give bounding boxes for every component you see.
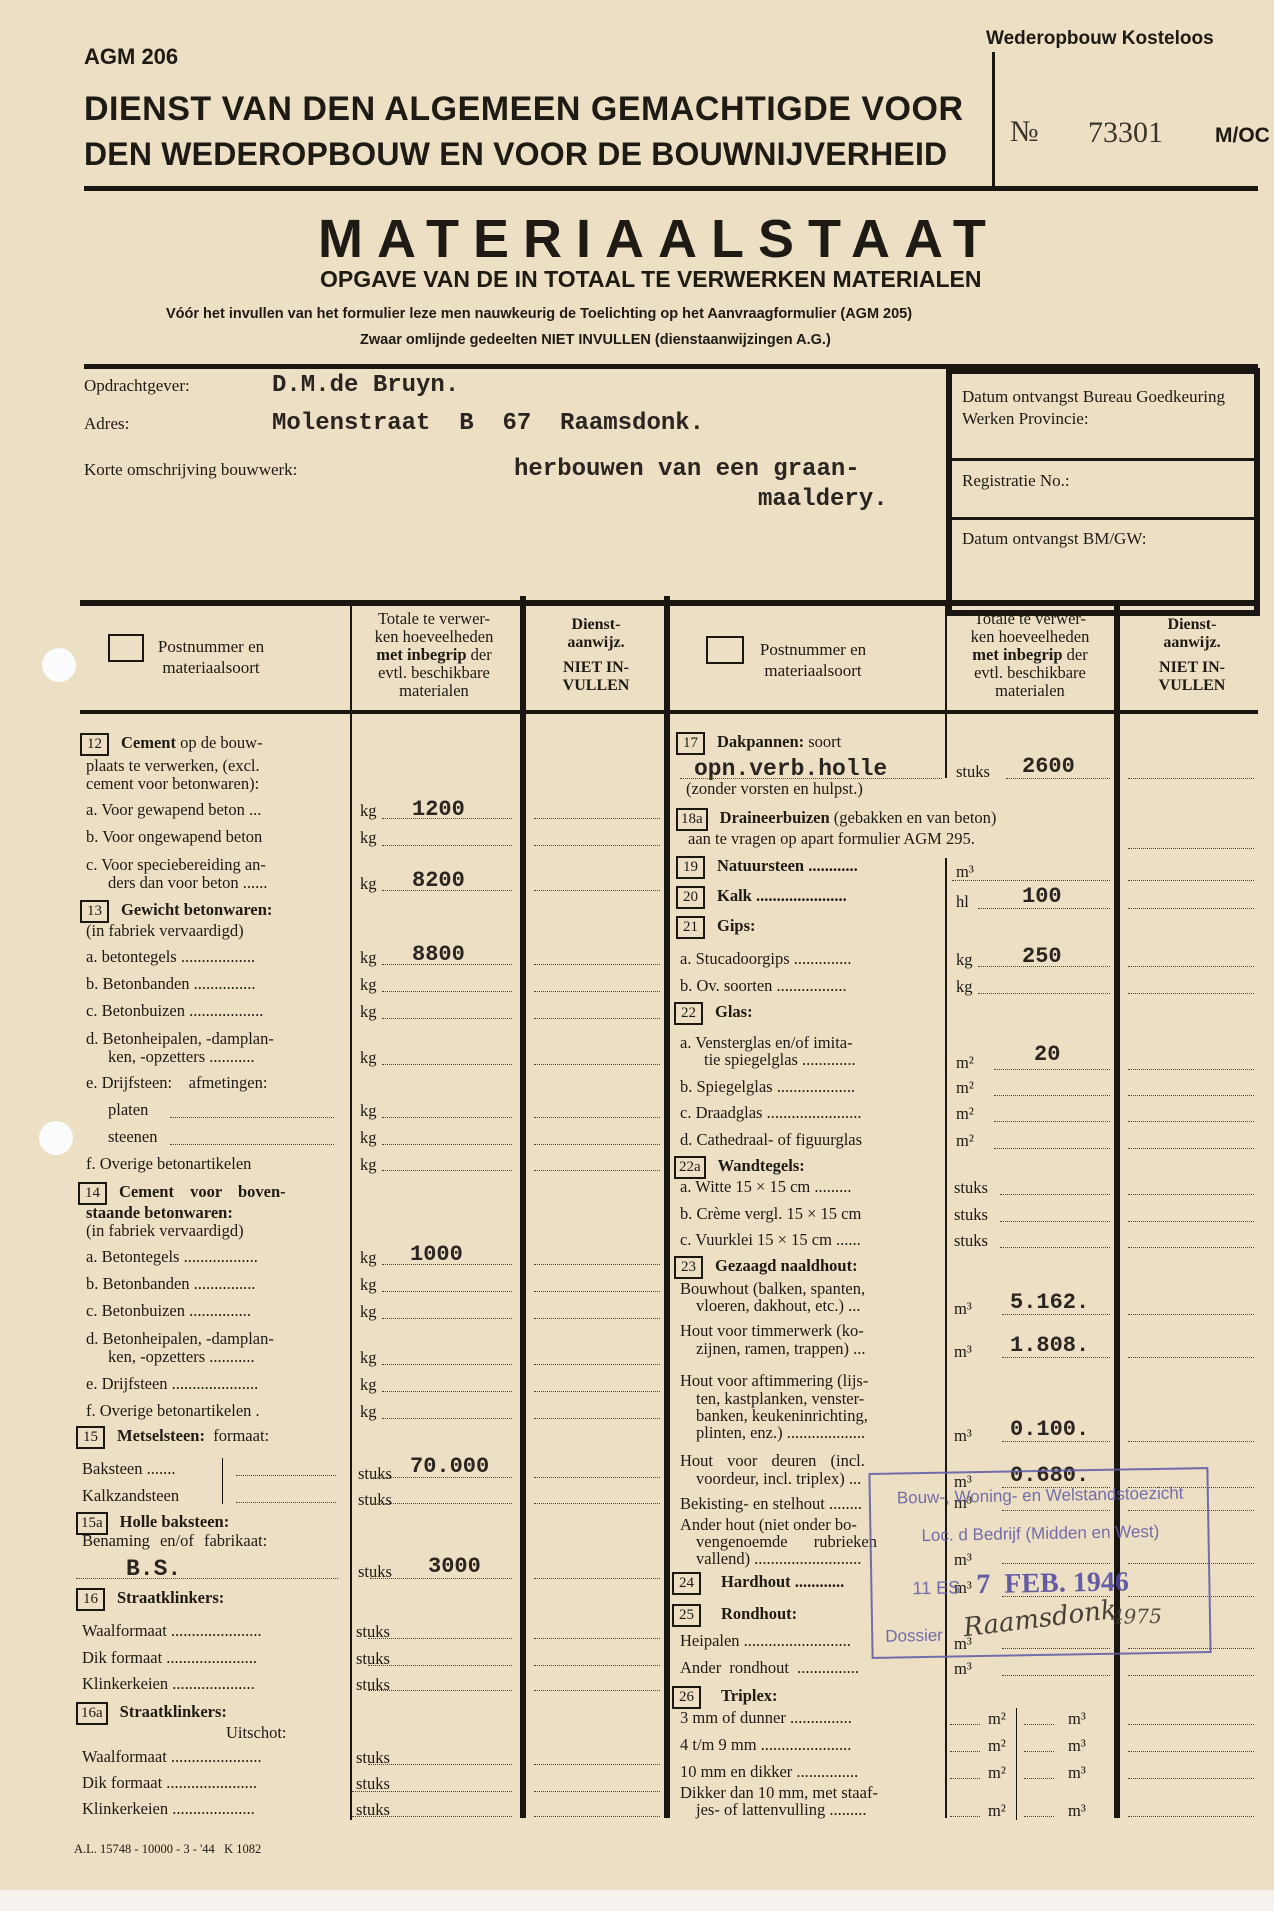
entry-line-m3 [1024,1816,1054,1817]
section-25-heading: 25Rondhout: [672,1604,797,1627]
page-title: MATERIAALSTAAT [318,208,1000,270]
entry-line-m2 [950,1751,980,1752]
header-text: NIET IN- [563,659,629,676]
entry-line [382,1144,512,1145]
quantity-value[interactable]: 100 [1022,884,1062,909]
dienst-entry-line [534,1503,660,1504]
section-15-heading: 15Metselsteen: formaat: [76,1426,269,1449]
section-26-heading: 26Triplex: [672,1686,778,1709]
dienst-entry-line [534,1665,660,1666]
fabrikaat-line [76,1578,338,1579]
dimension-line [170,1144,334,1145]
dimension-line [170,1117,334,1118]
dienst-entry-line [534,1816,660,1817]
stamp-line-2: Loc. d Bedrijf (Midden en West) [921,1522,1159,1546]
entry-line [352,1816,512,1817]
dienst-entry-line [534,1364,660,1365]
dienst-entry-line [534,1264,660,1265]
dienst-entry-line [534,1018,660,1019]
page-subtitle: OPGAVE VAN DE IN TOTAAL TE VERWERKEN MAT… [320,266,982,293]
item-label: Kalk ...................... [717,886,847,905]
header-text: aanwijz. [567,634,624,651]
item-label: d. Cathedraal- of figuurglas [680,1131,862,1149]
entry-line [368,1665,512,1666]
entry-line [994,1069,1110,1070]
item-label: f. Overige betonartikelen . [86,1402,260,1420]
section-title: Glas: [715,1002,753,1021]
section-title: Rondhout: [721,1604,797,1623]
entry-line [382,1391,512,1392]
form-number: 73301 [1088,116,1163,150]
entry-line [978,993,1110,994]
dienst-entry-line [1128,1724,1254,1725]
section-18a-heading: 18aDraineerbuizen (gebakken en van beton… [676,808,996,831]
item-label: ken, -opzetters ........... [108,1348,255,1366]
item-unit-m2: m² [988,1709,1006,1729]
item-unit-m2: m² [988,1763,1006,1783]
header-text: materialen [995,681,1065,700]
entry-line-m3 [1024,1751,1054,1752]
section-title-continued: staande betonwaren: [86,1204,233,1222]
dienst-entry-line [534,1117,660,1118]
entry-line [382,1018,512,1019]
entry-line [994,1095,1110,1096]
item-label: 10 mm en dikker ............... [680,1763,858,1781]
post-number-box: 23 [674,1256,703,1279]
dienst-entry-line [1128,993,1254,994]
post-number-box: 25 [672,1604,701,1627]
registration-label: Registratie No.: [962,471,1070,491]
entry-line [1000,1194,1110,1195]
item-unit: kg [360,1348,377,1368]
item-unit: m² [956,1078,974,1098]
entry-line [382,1364,512,1365]
dienst-entry-line [534,964,660,965]
dienst-entry-line [1128,778,1254,779]
dienst-entry-line [1128,1069,1254,1070]
stamp-dossier-label: Dossier [885,1626,943,1647]
section-desc: Benaming en/of fabrikaat: [82,1532,267,1550]
header-text: der [1063,645,1088,664]
item-unit: hl [956,892,969,912]
entry-line [1000,1221,1110,1222]
agency-line-1: DIENST VAN DEN ALGEMEEN GEMACHTIGDE VOOR [84,90,964,129]
item-unit-m3: m³ [1068,1736,1086,1756]
item-unit: stuks [954,1178,988,1198]
dienst-entry-line [534,1291,660,1292]
item-unit: kg [360,975,377,995]
header-text: VULLEN [563,677,630,694]
office-box-divider-1 [952,458,1254,461]
item-unit: m² [956,1104,974,1124]
item-label: Dik formaat ...................... [82,1774,257,1792]
item-label: b. Crème vergl. 15 × 15 cm [680,1205,861,1223]
item-unit: kg [360,1402,377,1422]
item-unit: stuks [356,1800,390,1820]
col-header-dienst-left: Dienst- aanwijz. NIET IN- VULLEN [528,616,664,695]
section-desc: (in fabriek vervaardigd) [86,1222,244,1240]
header-text: evtl. beschikbare [378,663,490,682]
header-text: Dienst- [572,616,621,633]
item-unit: kg [360,1101,377,1121]
entry-line [382,845,512,846]
number-suffix: M/OC [1215,124,1270,148]
item-unit-m2: m² [988,1736,1006,1756]
header-divider [992,52,995,190]
item-label: a. Stucadoorgips .............. [680,950,852,968]
dienst-entry-line [1128,1148,1254,1149]
client-value[interactable]: D.M.de Bruyn. [272,372,459,399]
item-label: Bekisting- en stelhout ........ [680,1495,862,1513]
item-unit: stuks [358,1464,392,1484]
col-divider-right-1c [945,858,947,1818]
item-unit: m² [956,1053,974,1073]
item-unit: m³ [954,1342,972,1362]
item-unit: stuks [356,1649,390,1669]
section-title: Gips: [717,916,756,935]
item-label: ken, -opzetters ........... [108,1048,255,1066]
item-unit: stuks [954,1231,988,1251]
section-title: Triplex: [721,1686,778,1705]
dienst-entry-line [534,1064,660,1065]
post-number-box: 20 [676,886,705,909]
item-label: c. Voor speciebereiding an- [86,856,266,874]
item-label: Ander rondhout ............... [680,1659,859,1677]
item-label: steenen [108,1128,157,1146]
section-title-rest: op de bouw- [176,733,263,752]
entry-line [368,1764,512,1765]
section-desc: (in fabriek vervaardigd) [86,922,244,940]
item-unit: m³ [954,1299,972,1319]
col-divider-right-1 [945,600,947,716]
entry-line-m3 [1024,1724,1054,1725]
entry-line [352,1791,512,1792]
item-unit: stuks [358,1562,392,1582]
post-number-box: 16a [76,1702,108,1725]
item-unit: stuks [358,1490,392,1510]
section-22a-heading: 22aWandtegels: [674,1156,805,1179]
format-line [236,1502,336,1503]
header-text: Dienst- [1168,616,1217,633]
item-label: d. Betonheipalen, -damplan- [86,1330,274,1348]
quantity-value[interactable]: 20 [1034,1042,1060,1067]
post-number-box: 19 [676,856,705,879]
quantity-value[interactable]: 8200 [412,868,465,893]
entry-line [382,991,512,992]
item-unit: kg [360,801,377,821]
entry-line [1002,1675,1110,1676]
dienst-entry-line [1128,1314,1254,1315]
quantity-value[interactable]: 250 [1022,944,1062,969]
office-use-box: Datum ontvangst Bureau Goedkeuring Werke… [946,368,1260,616]
item-label: plinten, enz.) ................... [696,1424,865,1442]
entry-line [382,1117,512,1118]
header-rule [84,186,1258,191]
item-label: tie spiegelglas ............. [704,1051,856,1069]
item-label: b. Betonbanden ............... [86,1275,256,1293]
col-header-postnummer-left: Postnummer en materiaalsoort [146,636,276,678]
section-desc: (zonder vorsten en hulpst.) [686,780,863,798]
section-16-heading: 16Straatklinkers: [76,1588,224,1611]
item-unit: kg [360,1128,377,1148]
header-text-bold: met inbegrip [972,645,1062,664]
section-16a-heading: 16aStraatklinkers: [76,1702,227,1725]
item-label: Hout voor aftimmering (lijs- [680,1372,868,1390]
instruction-line-2: Zwaar omlijnde gedeelten NIET INVULLEN (… [360,332,831,348]
entry-line-m2 [950,1816,980,1817]
header-text: Totale te verwer- [974,609,1086,628]
quantity-value[interactable]: 2600 [1022,754,1075,779]
header-text: evtl. beschikbare [974,663,1086,682]
dienst-entry-line [534,1144,660,1145]
section-title: Draineerbuizen [720,808,830,827]
post-number-box: 24 [672,1572,701,1595]
item-label: Baksteen ....... [82,1460,175,1478]
description-line-2[interactable]: maaldery. [758,486,888,513]
item-unit: kg [360,1302,377,1322]
dienst-entry-line [1128,966,1254,967]
item-label: Hout voor timmerwerk (ko- [680,1322,864,1340]
item-unit: m² [956,1131,974,1151]
entry-line [952,880,1110,881]
section-title: Gezaagd naaldhout: [715,1256,858,1275]
col-divider-left-heavy-1 [520,596,526,1818]
post-number-box: 22 [674,1002,703,1025]
section-title: Holle baksteen: [120,1512,230,1531]
office-stamp: Bouw-, Woning- en Welstandstoezicht Loc.… [868,1467,1211,1659]
quantity-value[interactable]: 70.000 [410,1454,489,1479]
item-unit-m2: m² [988,1801,1006,1821]
dienst-entry-line [1128,1247,1254,1248]
item-label: 3 mm of dunner ............... [680,1709,852,1727]
entry-line [368,1638,512,1639]
triplex-subdivider [1016,1708,1017,1820]
dienst-entry-line [534,818,660,819]
item-unit: kg [360,1002,377,1022]
section-title: Cement [121,733,176,752]
top-right-label: Wederopbouw Kosteloos [986,28,1214,50]
item-unit: kg [956,977,973,997]
item-unit: kg [360,874,377,894]
quantity-value[interactable]: 1.808. [1010,1333,1089,1358]
section-title: Metselsteen: [117,1426,205,1445]
dienst-entry-line [1128,1357,1254,1358]
section-title: Cement voor boven- [119,1182,286,1201]
header-text: Totale te verwer- [378,609,490,628]
item-label: a. Witte 15 × 15 cm ......... [680,1178,851,1196]
header-text: ken hoeveelheden [375,627,494,646]
post-number-box: 16 [76,1588,105,1611]
item-label: e. Drijfsteen: afmetingen: [86,1074,267,1092]
quantity-value[interactable]: 1000 [410,1242,463,1267]
instruction-line-1: Vóór het invullen van het formulier leze… [166,306,912,322]
post-number-box: 15 [76,1426,105,1449]
dienst-entry-line [1128,1778,1254,1779]
quantity-value[interactable]: 1200 [412,797,465,822]
dienst-entry-line [534,1477,660,1478]
item-label: ders dan voor beton ...... [108,874,267,892]
dienst-entry-line [534,1578,660,1579]
item-label: d. Betonheipalen, -damplan- [86,1030,274,1048]
agency-line-2: DEN WEDEROPBOUW EN VOOR DE BOUWNIJVERHEI… [84,136,947,173]
section-24-heading: 24Hardhout ............ [672,1572,844,1595]
dienst-entry-line [1128,1441,1254,1442]
number-prefix: № [1010,115,1039,149]
post-number-box: 13 [80,900,109,923]
form-code: AGM 206 [84,44,178,70]
stamp-line-1: Bouw-, Woning- en Welstandstoezicht [897,1483,1184,1508]
address-value[interactable]: Molenstraat B 67 Raamsdonk. [272,410,704,437]
dienst-entry-line [534,1690,660,1691]
dienst-entry-line [534,1418,660,1419]
item-unit: m³ [954,1426,972,1446]
entry-line [1000,1247,1110,1248]
item-label: 4 t/m 9 mm ...................... [680,1736,851,1754]
post-number-box: 18a [676,808,708,831]
col-divider-left-heavy-2 [664,596,670,1818]
header-text: ken hoeveelheden [971,627,1090,646]
item-unit: kg [360,1248,377,1268]
entry-line [382,1418,512,1419]
item-unit-m3: m³ [1068,1763,1086,1783]
post-number-box: 26 [672,1686,701,1709]
entry-line [382,1291,512,1292]
dienst-entry-line [534,1391,660,1392]
dienst-entry-line [1128,880,1254,881]
section-title: Straatklinkers: [120,1702,227,1721]
item-label: b. Spiegelglas ................... [680,1078,855,1096]
entry-line [382,1064,512,1065]
dienst-entry-line [534,1764,660,1765]
description-label: Korte omschrijving bouwwerk: [84,460,297,480]
handwritten-signature: Raamsdonk [962,1595,1118,1644]
item-unit: kg [360,1375,377,1395]
col-divider-left-1 [350,600,352,1820]
entry-line [368,1690,512,1691]
item-unit: stuks [356,1748,390,1768]
item-label: a. Betontegels .................. [86,1248,258,1266]
section-title: Straatklinkers: [117,1588,224,1607]
entry-line-m3 [1024,1778,1054,1779]
stamp-date-prefix: 11 ES [912,1577,960,1599]
item-label: vloeren, dakhout, etc.) ... [696,1297,860,1315]
item-label: e. Drijfsteen ..................... [86,1375,258,1393]
item-unit: m³ [954,1659,972,1679]
dienst-entry-line [1128,1751,1254,1752]
item-label: Dik formaat ...................... [82,1649,257,1667]
col-header-totale-right: Totale te verwer- ken hoeveelheden met i… [950,610,1110,700]
item-unit: stuks [356,1675,390,1695]
item-label: c. Betonbuizen ............... [86,1302,251,1320]
item-unit: kg [956,950,973,970]
section-title: Dakpannen: [717,732,804,751]
header-text: NIET IN- [1159,659,1225,676]
section-title: Gewicht betonwaren: [121,900,272,919]
item-label: b. Voor ongewapend beton [86,828,262,846]
section-14-heading: 14Cement voor boven- [78,1182,286,1205]
item-unit: kg [360,1155,377,1175]
item-unit-m3: m³ [1068,1709,1086,1729]
dienst-entry-line [1128,848,1254,849]
item-label: a. Voor gewapend beton ... [86,801,261,819]
post-number-box: 21 [676,916,705,939]
item-label: Waalformaat ...................... [82,1748,262,1766]
item-label: Kalkzandsteen [82,1487,179,1505]
item-label: c. Draadglas ....................... [680,1104,861,1122]
postnummer-box-icon [706,636,744,664]
dienst-entry-line [534,1638,660,1639]
section-20-heading: 20Kalk ...................... [676,886,847,909]
quantity-value[interactable]: 0.100. [1010,1417,1089,1442]
client-label: Opdrachtgever: [84,376,190,396]
address-label: Adres: [84,414,129,434]
post-number-box: 12 [80,733,109,756]
dienst-entry-line [1128,1121,1254,1122]
scan-margin [0,1890,1274,1911]
entry-line-m2 [950,1778,980,1779]
item-label: Heipalen .......................... [680,1632,851,1650]
item-unit: kg [360,1048,377,1068]
col-header-dienst-right: Dienst- aanwijz. NIET IN- VULLEN [1124,616,1260,695]
item-label: platen [108,1101,148,1119]
quantity-value[interactable]: 3000 [428,1554,481,1579]
col-header-postnummer-right: Postnummer en materiaalsoort [740,639,886,681]
item-label: b. Ov. soorten ................. [680,977,847,995]
header-text: der [467,645,492,664]
quantity-value[interactable]: 5.162. [1010,1290,1089,1315]
dienst-entry-line [1128,1675,1254,1676]
section-title: Wandtegels: [718,1156,805,1175]
print-code: A.L. 15748 - 10000 - 3 - '44 K 1082 [74,1842,261,1857]
section-title-rest: formaat: [205,1426,269,1445]
format-divider [222,1458,223,1504]
section-12-heading: 12Cement op de bouw- [80,733,263,756]
dienst-entry-line [534,1318,660,1319]
description-line-1[interactable]: herbouwen van een graan- [514,456,860,483]
item-unit: stuks [954,1205,988,1225]
dienst-entry-line [1128,1816,1254,1817]
postnummer-box-icon [108,634,144,662]
dienst-entry-line [1128,908,1254,909]
item-label: Hout voor deuren (incl. [680,1452,865,1470]
item-label: jes- of lattenvulling ......... [696,1801,866,1819]
entry-line [370,1503,512,1504]
col-divider-right-1b [945,716,947,778]
item-unit-m3: m³ [1068,1801,1086,1821]
item-unit: kg [360,948,377,968]
section-13-heading: 13Gewicht betonwaren: [80,900,272,923]
post-number-box: 17 [676,732,705,755]
punch-hole-upper [42,648,76,682]
post-number-box: 14 [78,1182,107,1205]
dienst-entry-line [1128,1095,1254,1096]
post-number-box: 22a [674,1156,706,1179]
col-header-totale-left: Totale te verwer- ken hoeveelheden met i… [354,610,514,700]
received-bmgw-label: Datum ontvangst BM/GW: [962,529,1146,549]
item-label: Klinkerkeien .................... [82,1800,255,1818]
item-label: zijnen, ramen, trappen) ... [696,1340,866,1358]
item-unit: stuks [956,762,990,782]
item-label: c. Vuurklei 15 × 15 cm ...... [680,1231,861,1249]
entry-line [994,1148,1110,1149]
handwritten-dossier-number: 4975 [1111,1604,1162,1629]
quantity-value[interactable]: 8800 [412,942,465,967]
header-text: materialen [399,681,469,700]
office-box-divider-2 [952,517,1254,520]
dienst-entry-line [1128,1221,1254,1222]
header-text: aanwijz. [1163,634,1220,651]
item-label: f. Overige betonartikelen [86,1155,251,1173]
